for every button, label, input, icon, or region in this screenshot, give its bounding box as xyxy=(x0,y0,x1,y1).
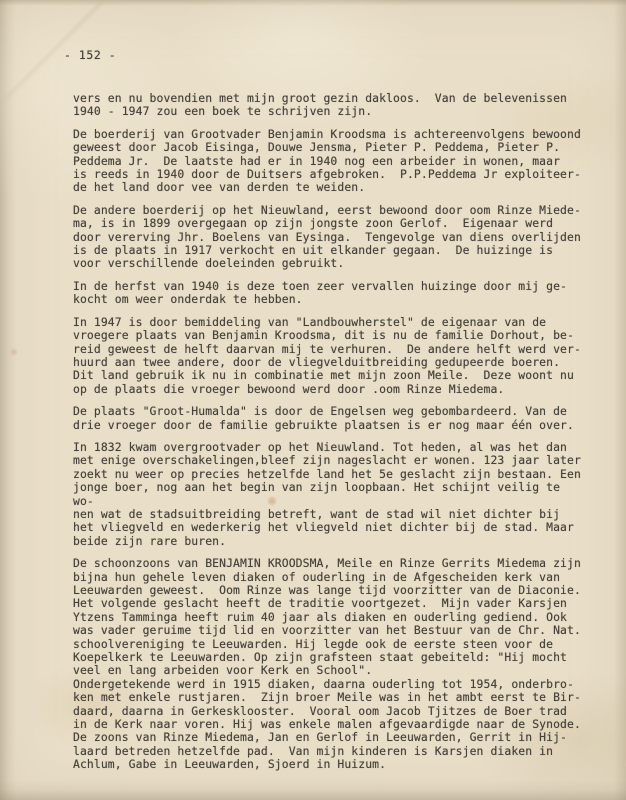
paragraph: vers en nu bovendien met mijn groot gezi… xyxy=(73,92,581,119)
paragraph: In 1832 kwam overgrootvader op het Nieuw… xyxy=(73,441,581,548)
paragraph: In 1947 is door bemiddeling van "Landbou… xyxy=(73,316,581,396)
paragraph: De schoonzoons van BENJAMIN KROODSMA, Me… xyxy=(73,557,581,678)
page-number: - 152 - xyxy=(64,48,116,62)
paragraph: De boerderij van Grootvader Benjamin Kro… xyxy=(73,128,581,195)
paragraph: De andere boerderij op het Nieuwland, ee… xyxy=(73,204,581,271)
paragraph: Ondergetekende werd in 1915 diaken, daar… xyxy=(73,678,581,772)
scanned-page: - 152 - vers en nu bovendien met mijn gr… xyxy=(0,0,626,800)
paragraph: De plaats "Groot-Humalda" is door de Eng… xyxy=(73,405,581,432)
paragraph: In de herfst van 1940 is deze toen zeer … xyxy=(73,280,581,307)
document-body: vers en nu bovendien met mijn groot gezi… xyxy=(73,92,581,781)
